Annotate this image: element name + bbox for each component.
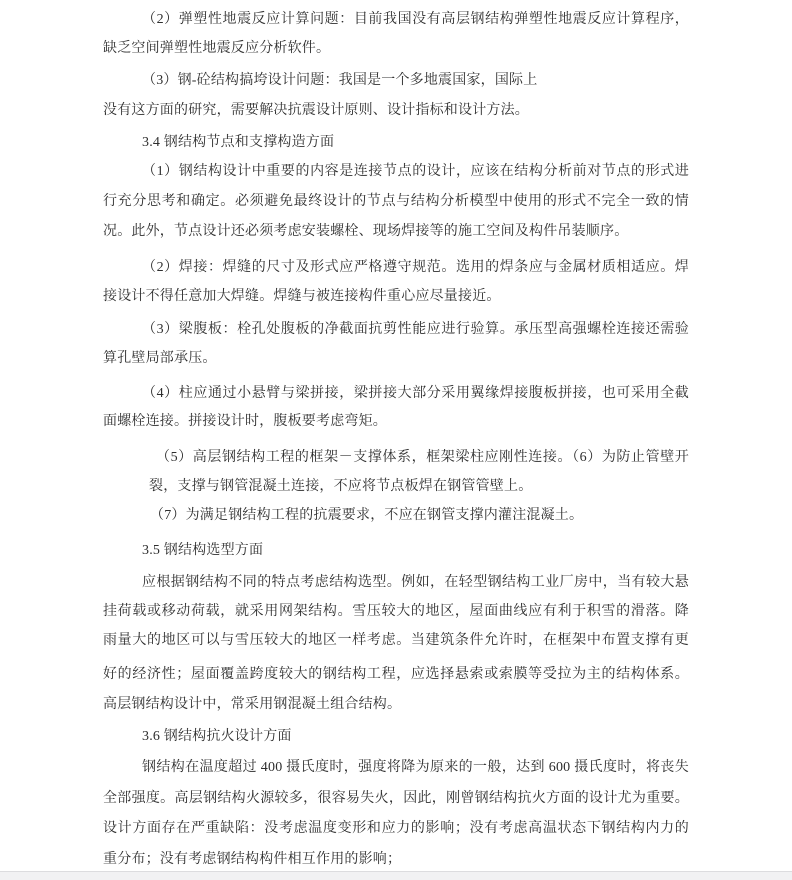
text-line: 接设计不得任意加大焊缝。焊缝与被连接构件重心应尽量接近。 <box>103 288 501 305</box>
text-line: 缺乏空间弹塑性地震反应分析软件。 <box>103 40 330 57</box>
page-boundary-bar <box>0 871 792 880</box>
text-line: 雨量大的地区可以与雪压较大的地区一样考虑。当建筑条件允许时，在框架中布置支撑有更 <box>103 632 689 649</box>
text-line: （7）为满足钢结构工程的抗震要求，不应在钢管支撑内灌注混凝土。 <box>150 507 583 524</box>
text-line: 行充分思考和确定。必须避免最终设计的节点与结构分析模型中使用的形式不完全一致的情 <box>103 193 689 210</box>
section-heading: 3.6 钢结构抗火设计方面 <box>142 728 292 745</box>
text-line: （3）梁腹板：栓孔处腹板的净截面抗剪性能应进行验算。承压型高强螺栓连接还需验 <box>142 321 689 338</box>
text-line: 面螺栓连接。拼接设计时，腹板要考虑弯矩。 <box>103 413 387 430</box>
text-line: （3）钢-砼结构搞垮设计问题：我国是一个多地震国家，国际上 <box>142 72 537 89</box>
text-line: 没有这方面的研究，需要解决抗震设计原则、设计指标和设计方法。 <box>103 102 529 119</box>
text-line: 钢结构在温度超过 400 摄氏度时，强度将降为原来的一般，达到 600 摄氏度时… <box>142 759 689 776</box>
text-line: （5）高层钢结构工程的框架－支撑体系，框架梁柱应刚性连接。（6）为防止管壁开 <box>156 449 689 466</box>
text-line: （4）柱应通过小悬臂与梁拼接，梁拼接大部分采用翼缘焊接腹板拼接，也可采用全截 <box>142 385 689 402</box>
text-line: （2）焊接：焊缝的尺寸及形式应严格遵守规范。选用的焊条应与金属材质相适应。焊 <box>142 259 689 276</box>
text-line: 全部强度。高层钢结构火源较多，很容易失火，因此，刚曾钢结构抗火方面的设计尤为重要… <box>103 790 689 807</box>
document-text-layer: （2）弹塑性地震反应计算问题：目前我国没有高层钢结构弹塑性地震反应计算程序，缺乏… <box>103 0 689 870</box>
section-heading: 3.4 钢结构节点和支撑构造方面 <box>142 134 334 151</box>
text-line: 挂荷载或移动荷载，就采用网架结构。雪压较大的地区，屋面曲线应有利于积雪的滑落。降 <box>103 603 689 620</box>
section-heading: 3.5 钢结构选型方面 <box>142 542 263 559</box>
text-line: 况。此外，节点设计还必须考虑安装螺栓、现场焊接等的施工空间及构件吊装顺序。 <box>103 223 628 240</box>
document-page: （2）弹塑性地震反应计算问题：目前我国没有高层钢结构弹塑性地震反应计算程序，缺乏… <box>0 0 792 880</box>
text-line: 应根据钢结构不同的特点考虑结构选型。例如，在轻型钢结构工业厂房中，当有较大悬 <box>142 574 689 591</box>
text-line: 好的经济性；屋面覆盖跨度较大的钢结构工程，应选择悬索或索膜等受拉为主的结构体系。 <box>103 666 689 683</box>
text-line: 高层钢结构设计中，常采用钢混凝土组合结构。 <box>103 696 401 713</box>
text-line: 裂，支撑与钢管混凝土连接，不应将节点板焊在钢管管壁上。 <box>149 478 532 495</box>
text-line: 算孔壁局部承压。 <box>103 350 217 367</box>
text-line: 重分布；没有考虑钢结构构件相互作用的影响； <box>103 851 401 868</box>
text-line: （1）钢结构设计中重要的内容是连接节点的设计，应该在结构分析前对节点的形式进 <box>142 163 689 180</box>
text-line: （2）弹塑性地震反应计算问题：目前我国没有高层钢结构弹塑性地震反应计算程序， <box>142 11 689 28</box>
text-line: 设计方面存在严重缺陷：没考虑温度变形和应力的影响；没有考虑高温状态下钢结构内力的 <box>103 820 689 837</box>
